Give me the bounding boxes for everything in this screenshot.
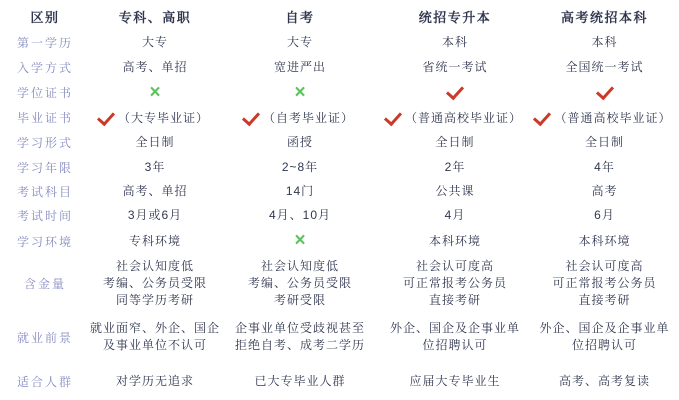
cell-text: 高考	[591, 183, 617, 200]
cross-icon: ×	[294, 234, 305, 248]
row-label: 学位证书	[0, 80, 90, 105]
cell-text: 直接考研	[578, 292, 630, 309]
cell-text: 外企、国企及企事业单	[539, 320, 669, 337]
table-cell: 社会认可度高可正常报考公务员直接考研	[530, 254, 679, 312]
cell-text: 高考、单招	[122, 183, 187, 200]
cell-text: 已大专毕业人群	[254, 373, 345, 390]
table-row: 含金量社会认知度低考编、公务员受限同等学历考研社会认知度低考编、公务员受限考研受…	[0, 254, 679, 312]
table-cell: ×	[90, 80, 220, 105]
comparison-table: 区别专科、高职自考统招专升本高考统招本科第一学历大专大专本科本科入学方式高考、单…	[0, 0, 679, 400]
cell-text: 2~8年	[282, 159, 318, 176]
cell-text: 全国统一考试	[565, 59, 643, 76]
table-cell: 社会认知度低考编、公务员受限同等学历考研	[90, 254, 220, 312]
table-row: 学习形式全日制函授全日制全日制	[0, 130, 679, 155]
table-cell: 4月、10月	[220, 203, 380, 228]
cell-text: 本科环境	[578, 233, 630, 250]
table-cell: 公共课	[380, 179, 530, 203]
cell-text: 考研受限	[274, 292, 326, 309]
cell-text: 全日制	[435, 134, 474, 151]
cell-text: 4月、10月	[269, 207, 331, 224]
check-icon	[97, 107, 115, 126]
cell-text: 3年	[145, 159, 166, 176]
table-cell: （普通高校毕业证）	[530, 105, 679, 130]
cell-text: 应届大专毕业生	[409, 373, 500, 390]
table-cell: 3年	[90, 155, 220, 179]
cell-text: 考编、公务员受限	[248, 275, 352, 292]
check-icon	[242, 107, 260, 126]
cell-text: 高考、单招	[122, 59, 187, 76]
table-cell: 高考	[530, 179, 679, 203]
cell-text: 对学历无追求	[116, 373, 194, 390]
table-cell: 14门	[220, 179, 380, 203]
table-row: 就业前景就业面窄、外企、国企及事业单位不认可企事业单位受歧视甚至拒绝自考、成考二…	[0, 312, 679, 362]
cell-text: （普通高校毕业证）	[405, 109, 522, 126]
table-cell: 已大专毕业人群	[220, 362, 380, 400]
table-cell: 社会认知度低考编、公务员受限考研受限	[220, 254, 380, 312]
cell-text: 高考、高考复读	[559, 373, 650, 390]
check-icon	[446, 81, 464, 100]
cell-text: 专科环境	[129, 233, 181, 250]
table-cell: 应届大专毕业生	[380, 362, 530, 400]
cell-text: （自考毕业证）	[263, 109, 354, 126]
table-row: 第一学历大专大专本科本科	[0, 30, 679, 55]
table-cell: 函授	[220, 130, 380, 155]
row-label: 适合人群	[0, 362, 90, 400]
cell-text: 本科环境	[429, 233, 481, 250]
cell-text: 大专	[287, 34, 313, 51]
table-cell: 全日制	[90, 130, 220, 155]
cell-text: 同等学历考研	[116, 292, 194, 309]
row-label: 考试科目	[0, 179, 90, 203]
cell-text: 本科	[591, 34, 617, 51]
table-cell: （普通高校毕业证）	[380, 105, 530, 130]
check-icon	[595, 81, 613, 100]
row-label: 考试时间	[0, 203, 90, 228]
cell-text: 2年	[445, 159, 466, 176]
cell-text: 可正常报考公务员	[552, 275, 656, 292]
check-icon	[533, 107, 551, 126]
cell-text: 大专	[142, 34, 168, 51]
cell-text: 企事业单位受歧视甚至	[235, 320, 365, 337]
row-label: 含金量	[0, 254, 90, 312]
table-cell: 本科	[380, 30, 530, 55]
table-cell: 专科环境	[90, 228, 220, 254]
corner-header: 区别	[0, 2, 90, 30]
column-header: 高考统招本科	[530, 2, 679, 30]
cell-text: 4月	[445, 207, 466, 224]
row-label: 入学方式	[0, 55, 90, 80]
table-cell: 外企、国企及企事业单位招聘认可	[530, 312, 679, 362]
row-label: 第一学历	[0, 30, 90, 55]
table-cell: 全国统一考试	[530, 55, 679, 80]
table-cell: 2~8年	[220, 155, 380, 179]
table-cell: 本科环境	[530, 228, 679, 254]
table-cell: 6月	[530, 203, 679, 228]
table-cell: 大专	[90, 30, 220, 55]
table-cell: 大专	[220, 30, 380, 55]
cell-text: 拒绝自考、成考二学历	[235, 337, 365, 354]
cell-text: 14门	[286, 183, 314, 200]
table-row: 入学方式高考、单招宽进严出省统一考试全国统一考试	[0, 55, 679, 80]
cell-text: 直接考研	[429, 292, 481, 309]
table-cell: ×	[220, 80, 380, 105]
table-cell: 外企、国企及企事业单位招聘认可	[380, 312, 530, 362]
row-label: 就业前景	[0, 312, 90, 362]
cell-text: 社会认可度高	[565, 258, 643, 275]
table-cell: 高考、单招	[90, 179, 220, 203]
cell-text: 4年	[594, 159, 615, 176]
table-cell: 3月或6月	[90, 203, 220, 228]
table-cell: 省统一考试	[380, 55, 530, 80]
cell-text: 6月	[594, 207, 615, 224]
table-cell: 社会认可度高可正常报考公务员直接考研	[380, 254, 530, 312]
table-cell: 高考、单招	[90, 55, 220, 80]
table-cell: 高考、高考复读	[530, 362, 679, 400]
cell-text: （普通高校毕业证）	[554, 109, 671, 126]
cell-text: 社会认知度低	[261, 258, 339, 275]
cell-text: 社会认知度低	[116, 258, 194, 275]
cell-text: 考编、公务员受限	[103, 275, 207, 292]
row-label: 毕业证书	[0, 105, 90, 130]
table-cell	[380, 80, 530, 105]
table-cell: 就业面窄、外企、国企及事业单位不认可	[90, 312, 220, 362]
header-row: 区别专科、高职自考统招专升本高考统招本科	[0, 2, 679, 30]
table-cell: 企事业单位受歧视甚至拒绝自考、成考二学历	[220, 312, 380, 362]
table-cell	[530, 80, 679, 105]
row-label: 学习形式	[0, 130, 90, 155]
table-row: 学位证书××	[0, 80, 679, 105]
table-cell: 全日制	[380, 130, 530, 155]
table-cell: 全日制	[530, 130, 679, 155]
table-row: 学习年限3年2~8年2年4年	[0, 155, 679, 179]
table-cell: （大专毕业证）	[90, 105, 220, 130]
cell-text: 外企、国企及企事业单	[390, 320, 520, 337]
table-row: 学习环境专科环境×本科环境本科环境	[0, 228, 679, 254]
table-row: 考试科目高考、单招14门公共课高考	[0, 179, 679, 203]
table-cell: （自考毕业证）	[220, 105, 380, 130]
cell-text: 可正常报考公务员	[403, 275, 507, 292]
cell-text: 全日制	[135, 134, 174, 151]
column-header: 统招专升本	[380, 2, 530, 30]
cross-icon: ×	[149, 86, 160, 100]
check-icon	[384, 107, 402, 126]
cell-text: 宽进严出	[274, 59, 326, 76]
cell-text: 全日制	[585, 134, 624, 151]
table-cell: 本科环境	[380, 228, 530, 254]
row-label: 学习环境	[0, 228, 90, 254]
cell-text: 位招聘认可	[422, 337, 487, 354]
table-cell: 2年	[380, 155, 530, 179]
cell-text: 3月或6月	[128, 207, 182, 224]
cell-text: 本科	[442, 34, 468, 51]
cell-text: 公共课	[435, 183, 474, 200]
table-cell: ×	[220, 228, 380, 254]
cross-icon: ×	[294, 86, 305, 100]
cell-text: 及事业单位不认可	[103, 337, 207, 354]
cell-text: 省统一考试	[422, 59, 487, 76]
cell-text: 位招聘认可	[572, 337, 637, 354]
row-label: 学习年限	[0, 155, 90, 179]
table-cell: 本科	[530, 30, 679, 55]
table-cell: 宽进严出	[220, 55, 380, 80]
cell-text: 社会认可度高	[416, 258, 494, 275]
cell-text: 函授	[287, 134, 313, 151]
cell-text: 就业面窄、外企、国企	[90, 320, 220, 337]
table-row: 考试时间3月或6月4月、10月4月6月	[0, 203, 679, 228]
table-row: 毕业证书（大专毕业证）（自考毕业证）（普通高校毕业证）（普通高校毕业证）	[0, 105, 679, 130]
table-cell: 对学历无追求	[90, 362, 220, 400]
column-header: 自考	[220, 2, 380, 30]
table-row: 适合人群对学历无追求已大专毕业人群应届大专毕业生高考、高考复读	[0, 362, 679, 400]
column-header: 专科、高职	[90, 2, 220, 30]
table-cell: 4年	[530, 155, 679, 179]
cell-text: （大专毕业证）	[118, 109, 209, 126]
table-cell: 4月	[380, 203, 530, 228]
